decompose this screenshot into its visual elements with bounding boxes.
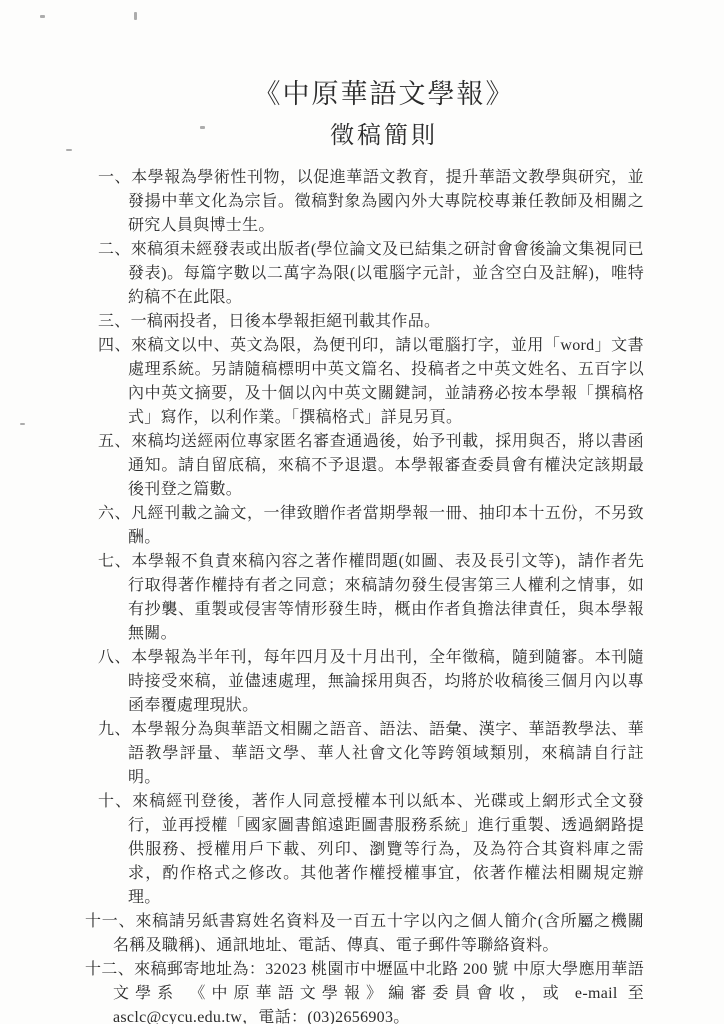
item-text: 來稿請另紙書寫姓名資料及一百五十字以內之個人簡介(含所屬之機關名稱及職稱)、通訊… [113, 913, 644, 954]
guideline-item-4: 四、來稿文以中、英文為限，為便刊印，請以電腦打字，並用「word」文書處理系統。… [98, 334, 644, 430]
guideline-item-3: 三、一稿兩投者，日後本學報拒絕刊載其作品。 [98, 310, 644, 334]
item-number: 七、 [98, 553, 131, 570]
item-number: 五、 [98, 433, 131, 450]
item-number: 四、 [98, 337, 131, 354]
item-number: 九、 [98, 721, 131, 738]
document-subtitle: 徵稿簡則 [124, 122, 644, 150]
item-number: 三、 [98, 313, 131, 330]
guideline-list: 一、本學報為學術性刊物，以促進華語文教育，提升華語文教學與研究，並發揚中華文化為… [98, 166, 644, 1024]
item-text: 本學報不負責來稿內容之著作權問題(如圖、表及長引文等)，請作者先行取得著作權持有… [128, 553, 644, 642]
scan-speck [20, 423, 25, 425]
item-number: 十一、 [85, 913, 135, 930]
item-number: 十、 [98, 793, 132, 810]
item-text: 凡經刊載之論文，一律致贈作者當期學報一冊、抽印本十五份，不另致酬。 [128, 505, 644, 546]
item-text: 來稿郵寄地址為：32023 桃園市中壢區中北路 200 號 中原大學應用華語文學… [113, 961, 644, 1024]
item-number: 二、 [98, 241, 131, 258]
guideline-item-5: 五、來稿均送經兩位專家匿名審查通過後，始予刊載，採用與否，將以書函通知。請自留底… [98, 430, 644, 502]
item-text: 來稿均送經兩位專家匿名審查通過後，始予刊載，採用與否，將以書函通知。請自留底稿，… [128, 433, 644, 498]
guideline-item-9: 九、本學報分為與華語文相關之語音、語法、語彙、漢字、華語教學法、華語教學評量、華… [98, 718, 644, 790]
item-text: 來稿須未經發表或出版者(學位論文及已結集之研討會會後論文集視同已發表)。每篇字數… [128, 241, 644, 306]
guideline-item-10: 十、來稿經刊登後，著作人同意授權本刊以紙本、光碟或上網形式全文發行，並再授權「國… [98, 790, 644, 910]
guideline-item-11: 十一、來稿請另紙書寫姓名資料及一百五十字以內之個人簡介(含所屬之機關名稱及職稱)… [85, 910, 644, 958]
journal-title: 《中原華語文學報》 [124, 78, 644, 110]
item-number: 八、 [98, 649, 131, 666]
item-text: 一稿兩投者，日後本學報拒絕刊載其作品。 [131, 313, 441, 330]
guideline-item-2: 二、來稿須未經發表或出版者(學位論文及已結集之研討會會後論文集視同已發表)。每篇… [98, 238, 644, 310]
item-text: 本學報為半年刊，每年四月及十月出刊，全年徵稿，隨到隨審。本刊隨時接受來稿，並儘速… [128, 649, 644, 714]
item-text: 本學報分為與華語文相關之語音、語法、語彙、漢字、華語教學法、華語教學評量、華語文… [128, 721, 644, 786]
guideline-item-8: 八、本學報為半年刊，每年四月及十月出刊，全年徵稿，隨到隨審。本刊隨時接受來稿，並… [98, 646, 644, 718]
item-text: 本學報為學術性刊物，以促進華語文教育，提升華語文教學與研究，並發揚中華文化為宗旨… [128, 169, 644, 234]
guideline-item-1: 一、本學報為學術性刊物，以促進華語文教育，提升華語文教學與研究，並發揚中華文化為… [98, 166, 644, 238]
guideline-item-7: 七、本學報不負責來稿內容之著作權問題(如圖、表及長引文等)，請作者先行取得著作權… [98, 550, 644, 646]
guideline-item-12: 十二、來稿郵寄地址為：32023 桃園市中壢區中北路 200 號 中原大學應用華… [85, 958, 644, 1024]
item-number: 十二、 [85, 961, 134, 978]
scan-speck [40, 15, 45, 18]
item-text: 來稿經刊登後，著作人同意授權本刊以紙本、光碟或上網形式全文發行，並再授權「國家圖… [128, 793, 644, 906]
item-number: 一、 [98, 169, 131, 186]
item-number: 六、 [98, 505, 131, 522]
document-page: 《中原華語文學報》 徵稿簡則 一、本學報為學術性刊物，以促進華語文教育，提升華語… [0, 0, 724, 1024]
document-header: 《中原華語文學報》 徵稿簡則 [124, 78, 644, 150]
document-content: 《中原華語文學報》 徵稿簡則 一、本學報為學術性刊物，以促進華語文教育，提升華語… [98, 0, 644, 1024]
guideline-item-6: 六、凡經刊載之論文，一律致贈作者當期學報一冊、抽印本十五份，不另致酬。 [98, 502, 644, 550]
item-text: 來稿文以中、英文為限，為便刊印，請以電腦打字，並用「word」文書處理系統。另請… [128, 337, 644, 426]
scan-speck [66, 149, 72, 151]
